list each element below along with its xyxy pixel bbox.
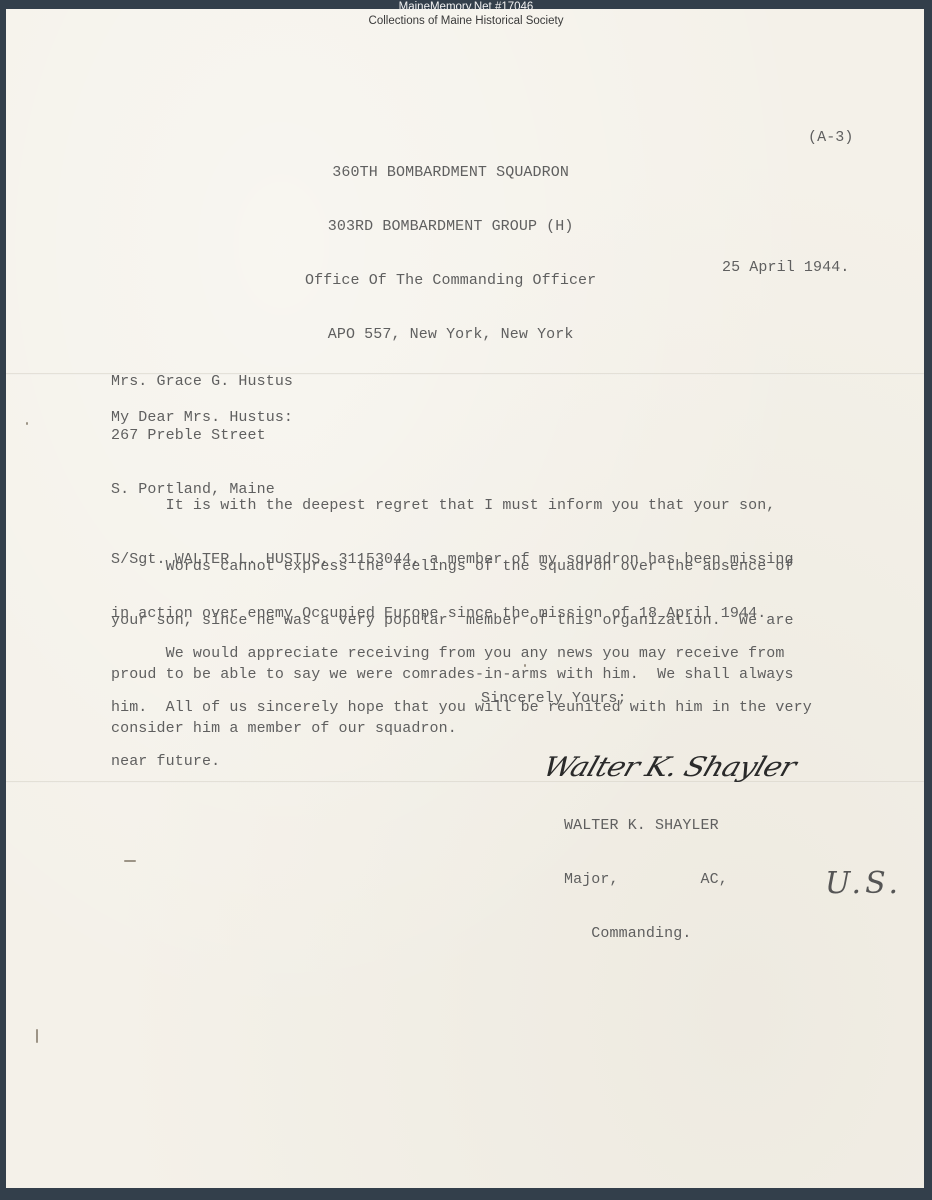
closing: Sincerely Yours; — [481, 690, 627, 708]
paper-speck — [26, 422, 28, 425]
recipient-street: 267 Preble Street — [111, 427, 293, 445]
handwritten-annotation: U.S. — [825, 866, 902, 901]
signature-block: WALTER K. SHAYLER Major, AC, Commanding. — [564, 781, 728, 961]
paper-speck — [124, 860, 136, 862]
document-reference: (A-3) — [808, 129, 854, 147]
watermark-id: MaineMemory.Net #17046 — [0, 0, 932, 14]
signer-title: Commanding. — [564, 925, 728, 943]
handwritten-signature: Walter K. Shayler — [539, 752, 800, 784]
recipient-name: Mrs. Grace G. Hustus — [111, 373, 293, 391]
paragraph-line: Words cannot express the feelings of the… — [111, 558, 794, 576]
paper-speck — [36, 1029, 38, 1043]
letterhead-address: APO 557, New York, New York — [305, 326, 596, 344]
paragraph-line: We would appreciate receiving from you a… — [111, 645, 812, 663]
paragraph-line: him. All of us sincerely hope that you w… — [111, 699, 812, 717]
watermark: MaineMemory.Net #17046 Collections of Ma… — [0, 0, 932, 28]
letterhead-squadron: 360TH BOMBARDMENT SQUADRON — [305, 164, 596, 182]
letterhead-group: 303RD BOMBARDMENT GROUP (H) — [305, 218, 596, 236]
watermark-credit: Collections of Maine Historical Society — [0, 14, 932, 28]
salutation: My Dear Mrs. Hustus: — [111, 409, 293, 427]
letterhead: 360TH BOMBARDMENT SQUADRON 303RD BOMBARD… — [305, 128, 596, 362]
letterhead-office: Office Of The Commanding Officer — [305, 272, 596, 290]
paragraph-line: It is with the deepest regret that I mus… — [111, 497, 794, 515]
signer-rank: Major, AC, — [564, 871, 728, 889]
signer-name: WALTER K. SHAYLER — [564, 817, 728, 835]
letter-date: 25 April 1944. — [722, 259, 849, 277]
